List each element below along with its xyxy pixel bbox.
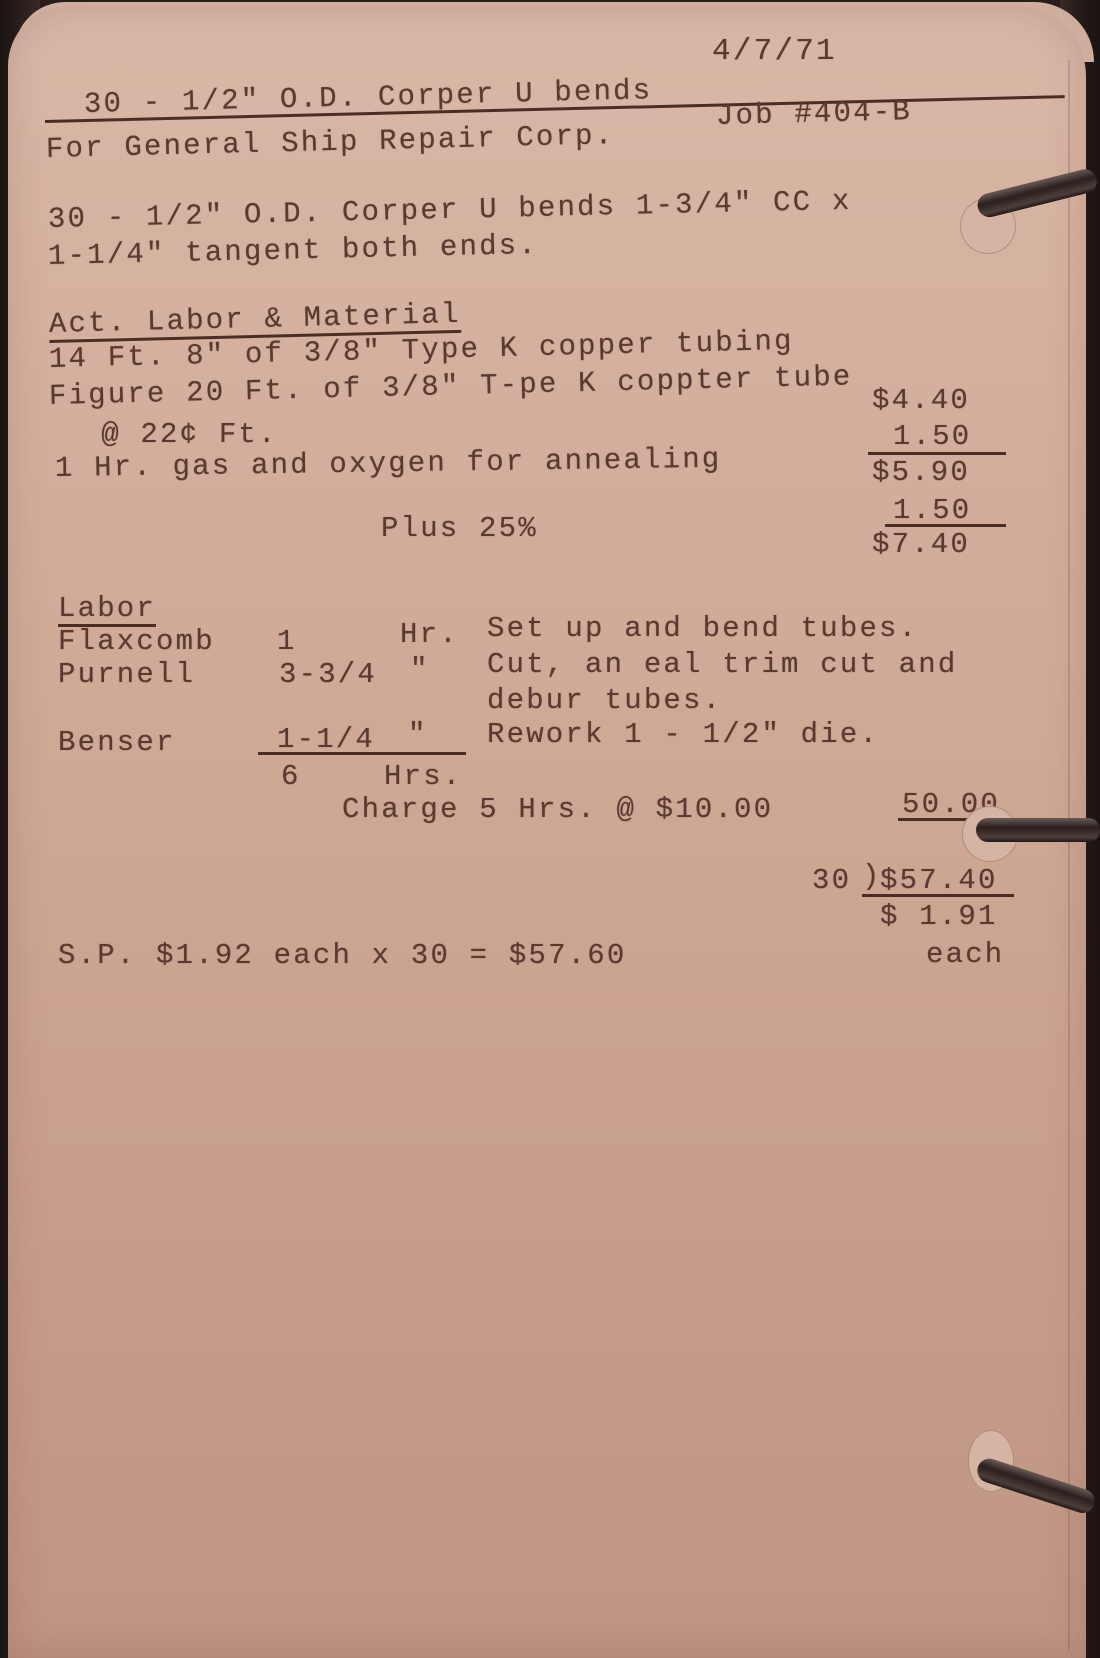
page-edge: [1068, 60, 1070, 1650]
division-rule: [862, 894, 1014, 897]
job-number: Job #404-B: [716, 97, 913, 131]
labor-name: Benser: [58, 728, 176, 757]
labor-hours: 3-3/4: [279, 660, 377, 689]
quotient-each: each: [926, 940, 1004, 969]
amount-tubing: $4.40: [872, 386, 970, 415]
amount-gas: 1.50: [893, 422, 971, 451]
sum-rule: [868, 452, 1006, 455]
dividend: $57.40: [880, 866, 998, 895]
amount-total: $7.40: [872, 530, 970, 559]
material-line: @ 22¢ Ft.: [62, 420, 278, 449]
charge-line: Charge 5 Hrs. @ $10.00: [342, 795, 773, 824]
labor-task: Rework 1 - 1/2" die.: [487, 720, 879, 749]
labor-unit: ": [408, 720, 428, 749]
labor-name: Purnell: [58, 660, 195, 689]
division-bracket: ): [862, 862, 882, 891]
labor-unit: Hr.: [400, 620, 459, 649]
labor-task: Cut, an eal trim cut and: [487, 650, 957, 679]
binder-ring: [976, 818, 1100, 842]
amount-markup: 1.50: [893, 496, 971, 525]
labor-task-cont: debur tubes.: [487, 686, 722, 715]
labor-unit: ": [410, 655, 430, 684]
amount-subtotal: $5.90: [872, 458, 970, 487]
labor-name: Flaxcomb: [58, 627, 215, 656]
labor-hours: 1: [277, 627, 297, 656]
selling-price: S.P. $1.92 each x 30 = $57.60: [58, 941, 626, 970]
total-hours: 6: [281, 762, 301, 791]
labor-task: Set up and bend tubes.: [487, 614, 918, 643]
sum-rule: [885, 524, 1006, 527]
markup-label: Plus 25%: [381, 514, 538, 543]
quotient: $ 1.91: [880, 902, 998, 931]
hours-sum-rule: [258, 752, 466, 755]
labor-heading: Labor: [58, 594, 156, 627]
total-hours-unit: Hrs.: [384, 762, 462, 791]
date: 4/7/71: [712, 36, 837, 67]
divisor: 30: [812, 866, 851, 895]
labor-hours: 1-1/4: [277, 725, 375, 754]
